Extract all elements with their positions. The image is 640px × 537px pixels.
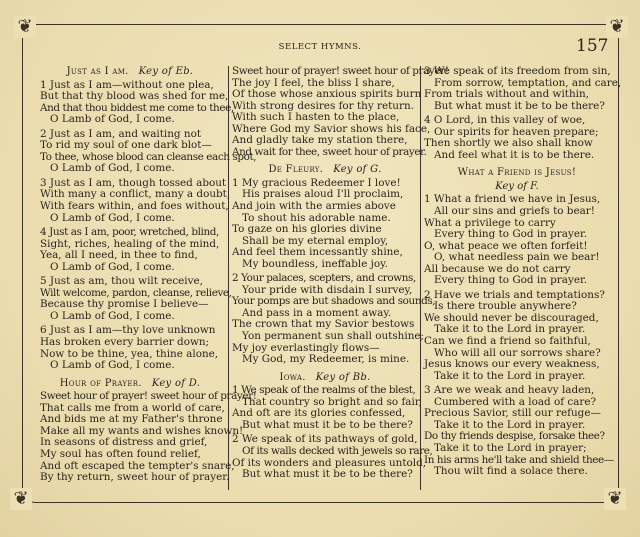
verse-line: All our sins and griefs to bear! xyxy=(424,206,610,218)
hymn-section: Hour of Prayer.Key of D.Sweet hour of pr… xyxy=(40,378,220,484)
corner-ornament-icon: ❦ xyxy=(604,488,626,510)
hymn-section: Iowa.Key of Bb.1 We speak of the realms … xyxy=(232,372,418,481)
verse-line: Sweet hour of prayer! sweet hour of pray… xyxy=(232,66,418,78)
hymn-title: Iowa.Key of Bb. xyxy=(232,372,418,384)
verse-line: My boundless, ineffable joy. xyxy=(232,259,418,271)
verse-line: Yon permanent sun shall outshine; xyxy=(232,331,418,343)
stanza: 1 My gracious Redeemer I love!His praise… xyxy=(232,178,418,270)
verse-line: My God, my Redeemer, is mine. xyxy=(232,354,418,366)
hymn-name: Hour of Prayer. xyxy=(60,378,142,389)
column-2: Sweet hour of prayer! sweet hour of pray… xyxy=(232,66,418,487)
verse-line: Thou wilt find a solace there. xyxy=(424,466,610,478)
stanza: 2 Just as I am, and waiting notTo rid my… xyxy=(40,129,220,175)
hymn-name: De Fleury. xyxy=(268,164,323,175)
hymn-section: 3 We speak of its freedom from sin,From … xyxy=(424,66,610,161)
hymn-section: Just as I am.Key of Eb.1 Just as I am—wi… xyxy=(40,66,220,372)
corner-ornament-icon: ❦ xyxy=(14,16,36,38)
hymn-name: Just as I am. xyxy=(67,66,129,77)
stanza: 4 O Lord, in this valley of woe,Our spir… xyxy=(424,115,610,161)
verse-line: But that thy blood was shed for me, xyxy=(40,91,220,103)
page-number: 157 xyxy=(576,36,608,56)
stanza: 2 We speak of its pathways of gold,Of it… xyxy=(232,434,418,480)
running-head: SELECT HYMNS. xyxy=(0,42,640,52)
verse-line: And join with the armies above xyxy=(232,201,418,213)
hymn-section: What a Friend is Jesus!Key of F.1 What a… xyxy=(424,167,610,477)
stanza: Sweet hour of prayer! sweet hour of pray… xyxy=(40,391,220,483)
verse-line: O Lamb of God, I come. xyxy=(40,114,220,126)
verse-line: My soul has often found relief, xyxy=(40,449,220,461)
verse-line: Can we find a friend so faithful, xyxy=(424,336,610,348)
verse-line: Has broken every barrier down; xyxy=(40,337,220,349)
hymn-section: Sweet hour of prayer! sweet hour of pray… xyxy=(232,66,418,158)
stanza: 5 Just as am, thou wilt receive,Wilt wel… xyxy=(40,276,220,322)
verse-line: Every thing to God in prayer. xyxy=(424,275,610,287)
verse-line: From trials without and within, xyxy=(424,89,610,101)
verse-line: And feel what it is to be there. xyxy=(424,150,610,162)
corner-ornament-icon: ❦ xyxy=(606,16,628,38)
column-3: 3 We speak of its freedom from sin,From … xyxy=(424,66,610,484)
verse-line: By thy return, sweet hour of prayer. xyxy=(40,472,220,484)
hymn-key: Key of Bb. xyxy=(316,372,371,383)
column-1: Just as I am.Key of Eb.1 Just as I am—wi… xyxy=(40,66,220,490)
verse-line: O Lamb of God, I come. xyxy=(40,163,220,175)
verse-line: 4 O Lord, in this valley of woe, xyxy=(424,115,610,127)
stanza: 2 Have we trials and temptations?Is ther… xyxy=(424,290,610,382)
stanza: 3 Are we weak and heavy laden,Cumbered w… xyxy=(424,385,610,477)
verse-line: O Lamb of God, I come. xyxy=(40,360,220,372)
stanza: 1 Just as I am—without one plea,But that… xyxy=(40,80,220,126)
verse-line: With fears within, and foes without, xyxy=(40,201,220,213)
hymn-key: Key of Eb. xyxy=(139,66,194,77)
hymn-section: De Fleury.Key of G.1 My gracious Redeeme… xyxy=(232,164,418,365)
hymn-title: Just as I am.Key of Eb. xyxy=(40,66,220,78)
stanza: Sweet hour of prayer! sweet hour of pray… xyxy=(232,66,418,158)
hymn-key: Key of D. xyxy=(152,378,200,389)
verse-line: O Lamb of God, I come. xyxy=(40,213,220,225)
verse-line: But what must it be to be there? xyxy=(424,101,610,113)
hymn-name: Iowa. xyxy=(279,372,305,383)
hymn-title: Hour of Prayer.Key of D. xyxy=(40,378,220,390)
verse-line: Take it to the Lord in prayer; xyxy=(424,443,610,455)
verse-line: But what must it be to be there? xyxy=(232,469,418,481)
hymn-key: Key of F. xyxy=(424,181,610,193)
hymn-title: What a Friend is Jesus! xyxy=(424,167,610,179)
stanza: 1 We speak of the realms of the blest,Th… xyxy=(232,385,418,431)
verse-line: Of those whose anxious spirits burn xyxy=(232,89,418,101)
stanza: 3 Just as I am, though tossed aboutWith … xyxy=(40,178,220,224)
stanza: 6 Just as I am—thy love unknownHas broke… xyxy=(40,325,220,371)
corner-ornament-icon: ❦ xyxy=(10,488,32,510)
verse-line: With such I hasten to the place, xyxy=(232,112,418,124)
stanza: 1 What a friend we have in Jesus,All our… xyxy=(424,194,610,286)
verse-line: O Lamb of God, I come. xyxy=(40,262,220,274)
hymn-title: De Fleury.Key of G. xyxy=(232,164,418,176)
hymn-name: What a Friend is Jesus! xyxy=(458,167,576,178)
verse-line: Every thing to God in prayer. xyxy=(424,229,610,241)
verse-line: To gaze on his glories divine xyxy=(232,224,418,236)
verse-line: But what must it be to be there? xyxy=(232,420,418,432)
verse-line: Of its walls decked with jewels so rare, xyxy=(232,446,418,458)
verse-line: And wait for thee, sweet hour of prayer. xyxy=(232,147,418,159)
stanza: 4 Just as I am, poor, wretched, blind,Si… xyxy=(40,227,220,273)
verse-line: Jesus knows our every weakness, xyxy=(424,359,610,371)
verse-line: Take it to the Lord in prayer. xyxy=(424,371,610,383)
stanza: 3 We speak of its freedom from sin,From … xyxy=(424,66,610,112)
hymn-key: Key of G. xyxy=(333,164,381,175)
verse-line: O Lamb of God, I come. xyxy=(40,311,220,323)
verse-line: 4 Just as I am, poor, wretched, blind, xyxy=(40,227,220,239)
verse-line: 3 We speak of its freedom from sin, xyxy=(424,66,610,78)
stanza: 2 Your palaces, scepters, and crowns,You… xyxy=(232,273,418,365)
